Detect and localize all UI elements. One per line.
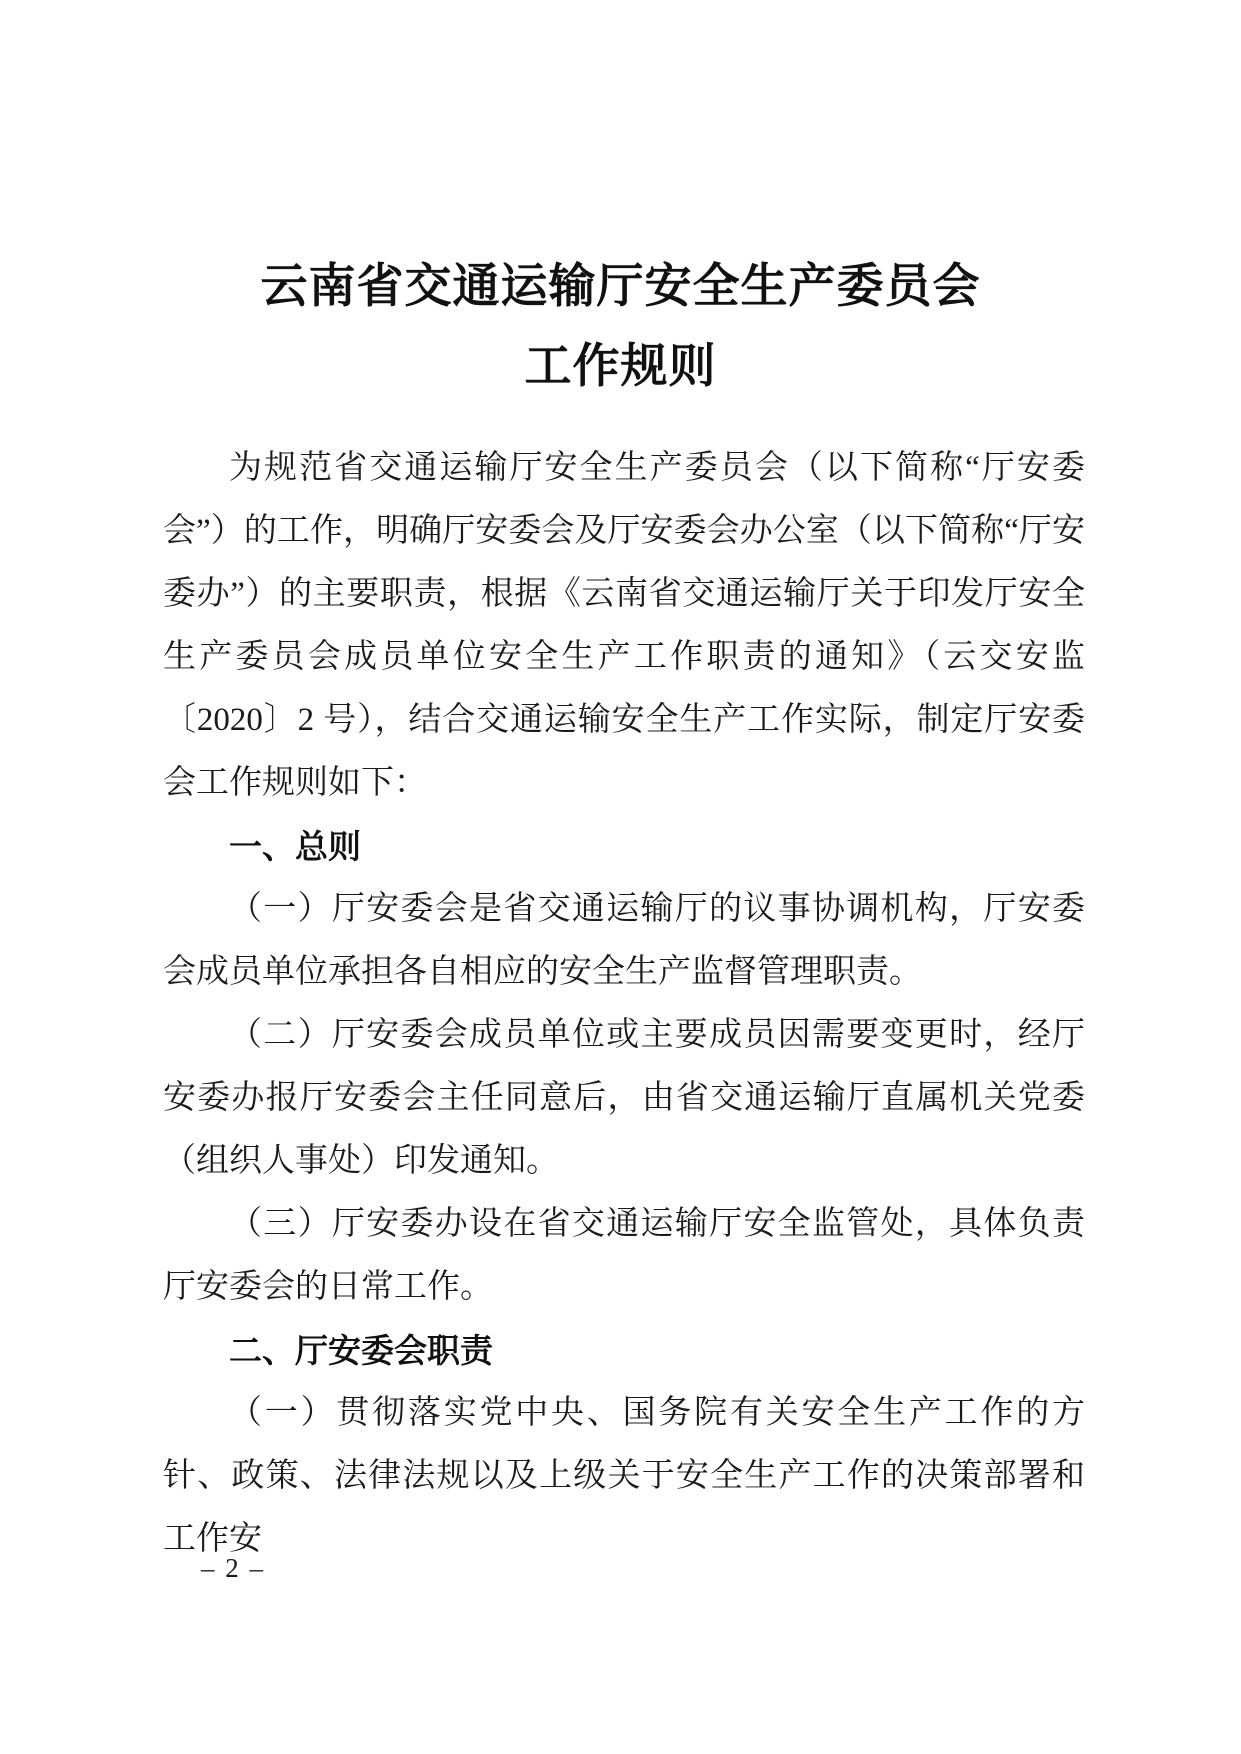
section-heading-general-rules: 一、总则 [163, 815, 1085, 878]
intro-paragraph: 为规范省交通运输厅安全生产委员会（以下简称“厅安委会”）的工作，明确厅安委会及厅… [163, 437, 1085, 815]
document-title: 云南省交通运输厅安全生产委员会 工作规则 [0, 247, 1241, 407]
page-number: – 2 – [201, 1548, 265, 1588]
section1-item2-paragraph: （二）厅安委会成员单位或主要成员因需要变更时，经厅安委办报厅安委会主任同意后，由… [163, 1004, 1085, 1193]
document-title-line2: 工作规则 [0, 327, 1241, 407]
section1-item1-paragraph: （一）厅安委会是省交通运输厅的议事协调机构，厅安委会成员单位承担各自相应的安全生… [163, 878, 1085, 1004]
document-title-line1: 云南省交通运输厅安全生产委员会 [0, 247, 1241, 327]
section2-item1-paragraph-partial: （一）贯彻落实党中央、国务院有关安全生产工作的方针、政策、法律法规以及上级关于安… [163, 1382, 1085, 1571]
section-heading-committee-duties: 二、厅安委会职责 [163, 1319, 1085, 1382]
section1-item3-paragraph: （三）厅安委办设在省交通运输厅安全监管处，具体负责厅安委会的日常工作。 [163, 1193, 1085, 1319]
document-body: 为规范省交通运输厅安全生产委员会（以下简称“厅安委会”）的工作，明确厅安委会及厅… [163, 437, 1085, 1571]
document-page: 云南省交通运输厅安全生产委员会 工作规则 为规范省交通运输厅安全生产委员会（以下… [0, 0, 1241, 1754]
